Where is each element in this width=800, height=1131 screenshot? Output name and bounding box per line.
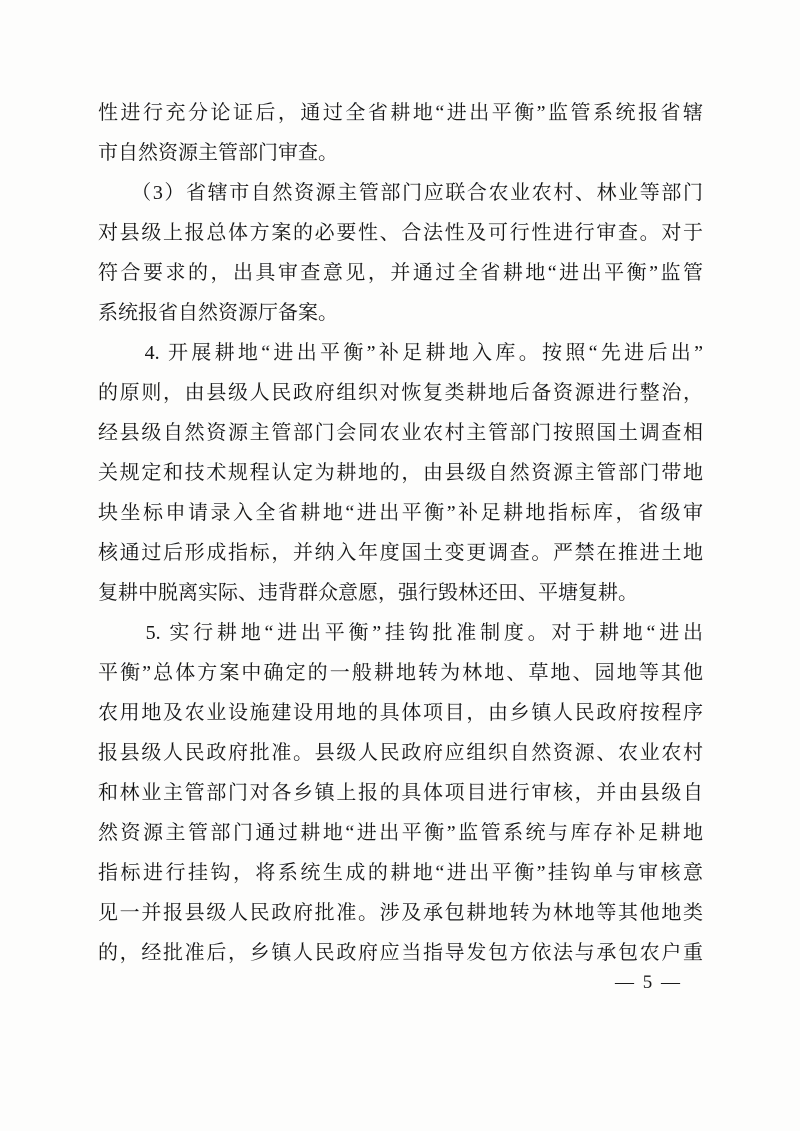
page-number: — 5 — [615, 972, 682, 994]
text-line: 市自然资源主管部门审查。 [98, 133, 703, 173]
text-line: 块坐标申请录入全省耕地“进出平衡”补足耕地指标库，省级审 [98, 493, 703, 533]
text-line: 指标进行挂钩，将系统生成的耕地“进出平衡”挂钩单与审核意 [98, 853, 703, 893]
text-line: 系统报省自然资源厅备案。 [98, 293, 703, 333]
text-line: 关规定和技术规程认定为耕地的，由县级自然资源主管部门带地 [98, 453, 703, 493]
text-line: 对县级上报总体方案的必要性、合法性及可行性进行审查。对于 [98, 213, 703, 253]
text-line: 报县级人民政府批准。县级人民政府应组织自然资源、农业农村 [98, 733, 703, 773]
text-line: 性进行充分论证后，通过全省耕地“进出平衡”监管系统报省辖 [98, 93, 703, 133]
text-line: 复耕中脱离实际、违背群众意愿，强行毁林还田、平塘复耕。 [98, 573, 703, 613]
text-line: 农用地及农业设施建设用地的具体项目，由乡镇人民政府按程序 [98, 693, 703, 733]
text-line: 见一并报县级人民政府批准。涉及承包耕地转为林地等其他地类 [98, 893, 703, 933]
text-line: 5. 实行耕地“进出平衡”挂钩批准制度。对于耕地“进出 [98, 613, 703, 653]
text-line: 和林业主管部门对各乡镇上报的具体项目进行审核，并由县级自 [98, 773, 703, 813]
text-line: 的，经批准后，乡镇人民政府应当指导发包方依法与承包农户重 [98, 933, 703, 973]
text-line: 核通过后形成指标，并纳入年度国土变更调查。严禁在推进土地 [98, 533, 703, 573]
text-line: 平衡”总体方案中确定的一般耕地转为林地、草地、园地等其他 [98, 653, 703, 693]
text-line: 4. 开展耕地“进出平衡”补足耕地入库。按照“先进后出” [98, 333, 703, 373]
text-line: 经县级自然资源主管部门会同农业农村主管部门按照国土调查相 [98, 413, 703, 453]
text-line: （3）省辖市自然资源主管部门应联合农业农村、林业等部门 [98, 173, 703, 213]
text-line: 符合要求的，出具审查意见，并通过全省耕地“进出平衡”监管 [98, 253, 703, 293]
text-line: 然资源主管部门通过耕地“进出平衡”监管系统与库存补足耕地 [98, 813, 703, 853]
document-page: 性进行充分论证后，通过全省耕地“进出平衡”监管系统报省辖 市自然资源主管部门审查… [98, 93, 703, 973]
text-line: 的原则，由县级人民政府组织对恢复类耕地后备资源进行整治， [98, 373, 703, 413]
